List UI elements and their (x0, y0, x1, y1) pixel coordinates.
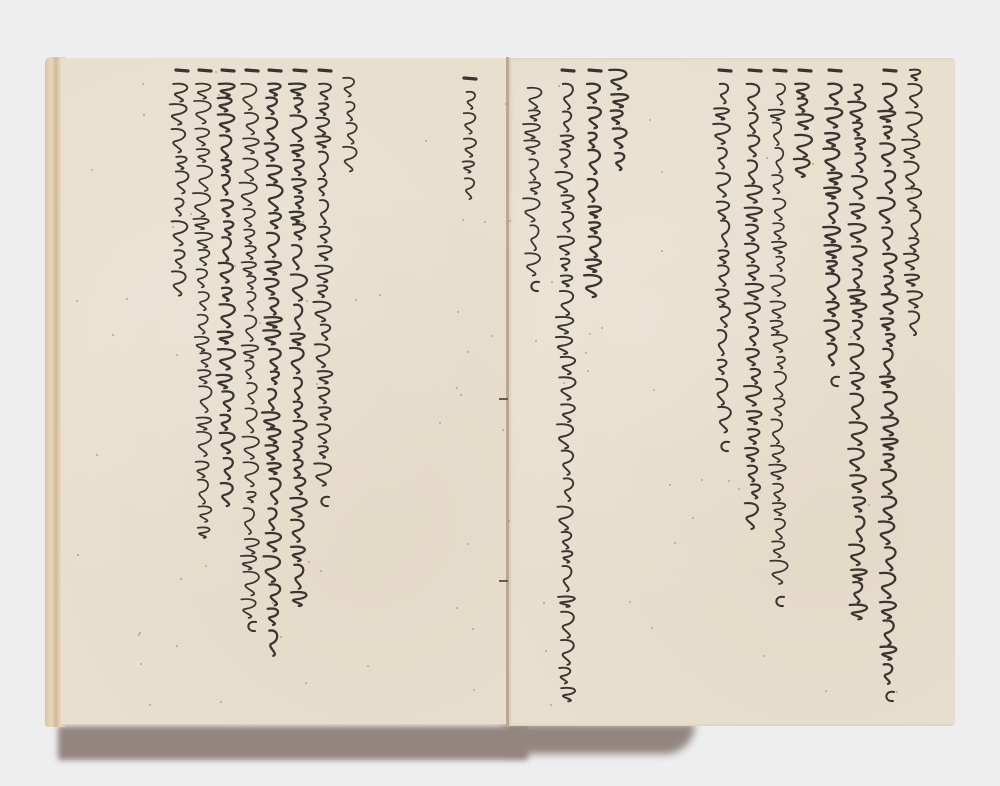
paper-speck (651, 627, 653, 629)
paper-speck (425, 140, 427, 142)
paper-speck (545, 650, 547, 652)
binding-thread (499, 398, 508, 400)
left-page-text-column: [kuzushiji column] (457, 78, 483, 192)
left-page-text-column: [kuzushiji column] (287, 70, 313, 610)
paper-speck (143, 114, 145, 116)
paper-speck (508, 520, 510, 522)
paper-speck (692, 517, 694, 519)
paper-speck (629, 601, 631, 603)
paper-speck (738, 488, 740, 490)
right-page-text-column: [kuzushiji column] (822, 70, 848, 375)
paper-speck (601, 327, 603, 329)
paper-speck (550, 704, 552, 706)
paper-speck (728, 480, 730, 482)
left-page-text-column: [kuzushiji column] (262, 70, 288, 640)
left-page-text-column: [kuzushiji column] (169, 70, 195, 280)
paper-speck (305, 682, 307, 684)
right-page-text-column: [kuzushiji column] (877, 70, 903, 690)
book-shadow-right (505, 724, 695, 754)
left-page-text-column: [kuzushiji heading column] (339, 78, 365, 172)
right-page-text-column: [kuzushiji continuation column] (522, 88, 548, 280)
paper-speck (535, 340, 537, 342)
paper-speck (543, 602, 545, 604)
left-page-text-column: [kuzushiji column] (239, 70, 265, 620)
left-page-text-column: [kuzushiji column] (215, 70, 241, 500)
right-page-text-column: [kuzushiji heading column] (902, 70, 928, 330)
right-page-text-column: [kuzushiji column] (767, 70, 793, 595)
paper-speck (456, 607, 458, 609)
paper-speck (502, 429, 504, 431)
right-page-text-column: [kuzushiji column] (555, 70, 581, 700)
binding-thread (499, 580, 508, 582)
paper-speck (112, 334, 114, 336)
photo-scene: [kuzushiji column][kuzushiji heading col… (0, 0, 1000, 786)
paper-speck (149, 704, 151, 706)
paper-speck (472, 628, 474, 630)
book-gutter (506, 57, 509, 727)
paper-speck (220, 701, 222, 703)
right-page-text-column: [kuzushiji column] (582, 70, 608, 290)
right-page-text-column: [kuzushiji continuation column] (847, 85, 873, 620)
paper-speck (649, 119, 651, 121)
book-shadow-left (58, 726, 528, 760)
paper-speck (180, 578, 182, 580)
left-page-text-column: [kuzushiji column] (312, 70, 338, 495)
right-page-text-column: [kuzushiji column] (712, 70, 738, 440)
right-page-text-column: [kuzushiji heading column] (607, 70, 633, 170)
paper-speck (138, 634, 140, 636)
right-page-text-column: [kuzushiji column] (742, 70, 768, 525)
paper-speck (140, 663, 142, 665)
paper-speck (589, 333, 591, 335)
paper-speck (701, 479, 703, 481)
paper-speck (355, 299, 357, 301)
paper-speck (674, 542, 676, 544)
right-page-text-column: [kuzushiji column] (792, 70, 818, 175)
paper-speck (467, 351, 469, 353)
left-page-text-column: [kuzushiji column] (192, 70, 218, 545)
paper-speck (653, 389, 655, 391)
paper-speck (205, 565, 207, 567)
